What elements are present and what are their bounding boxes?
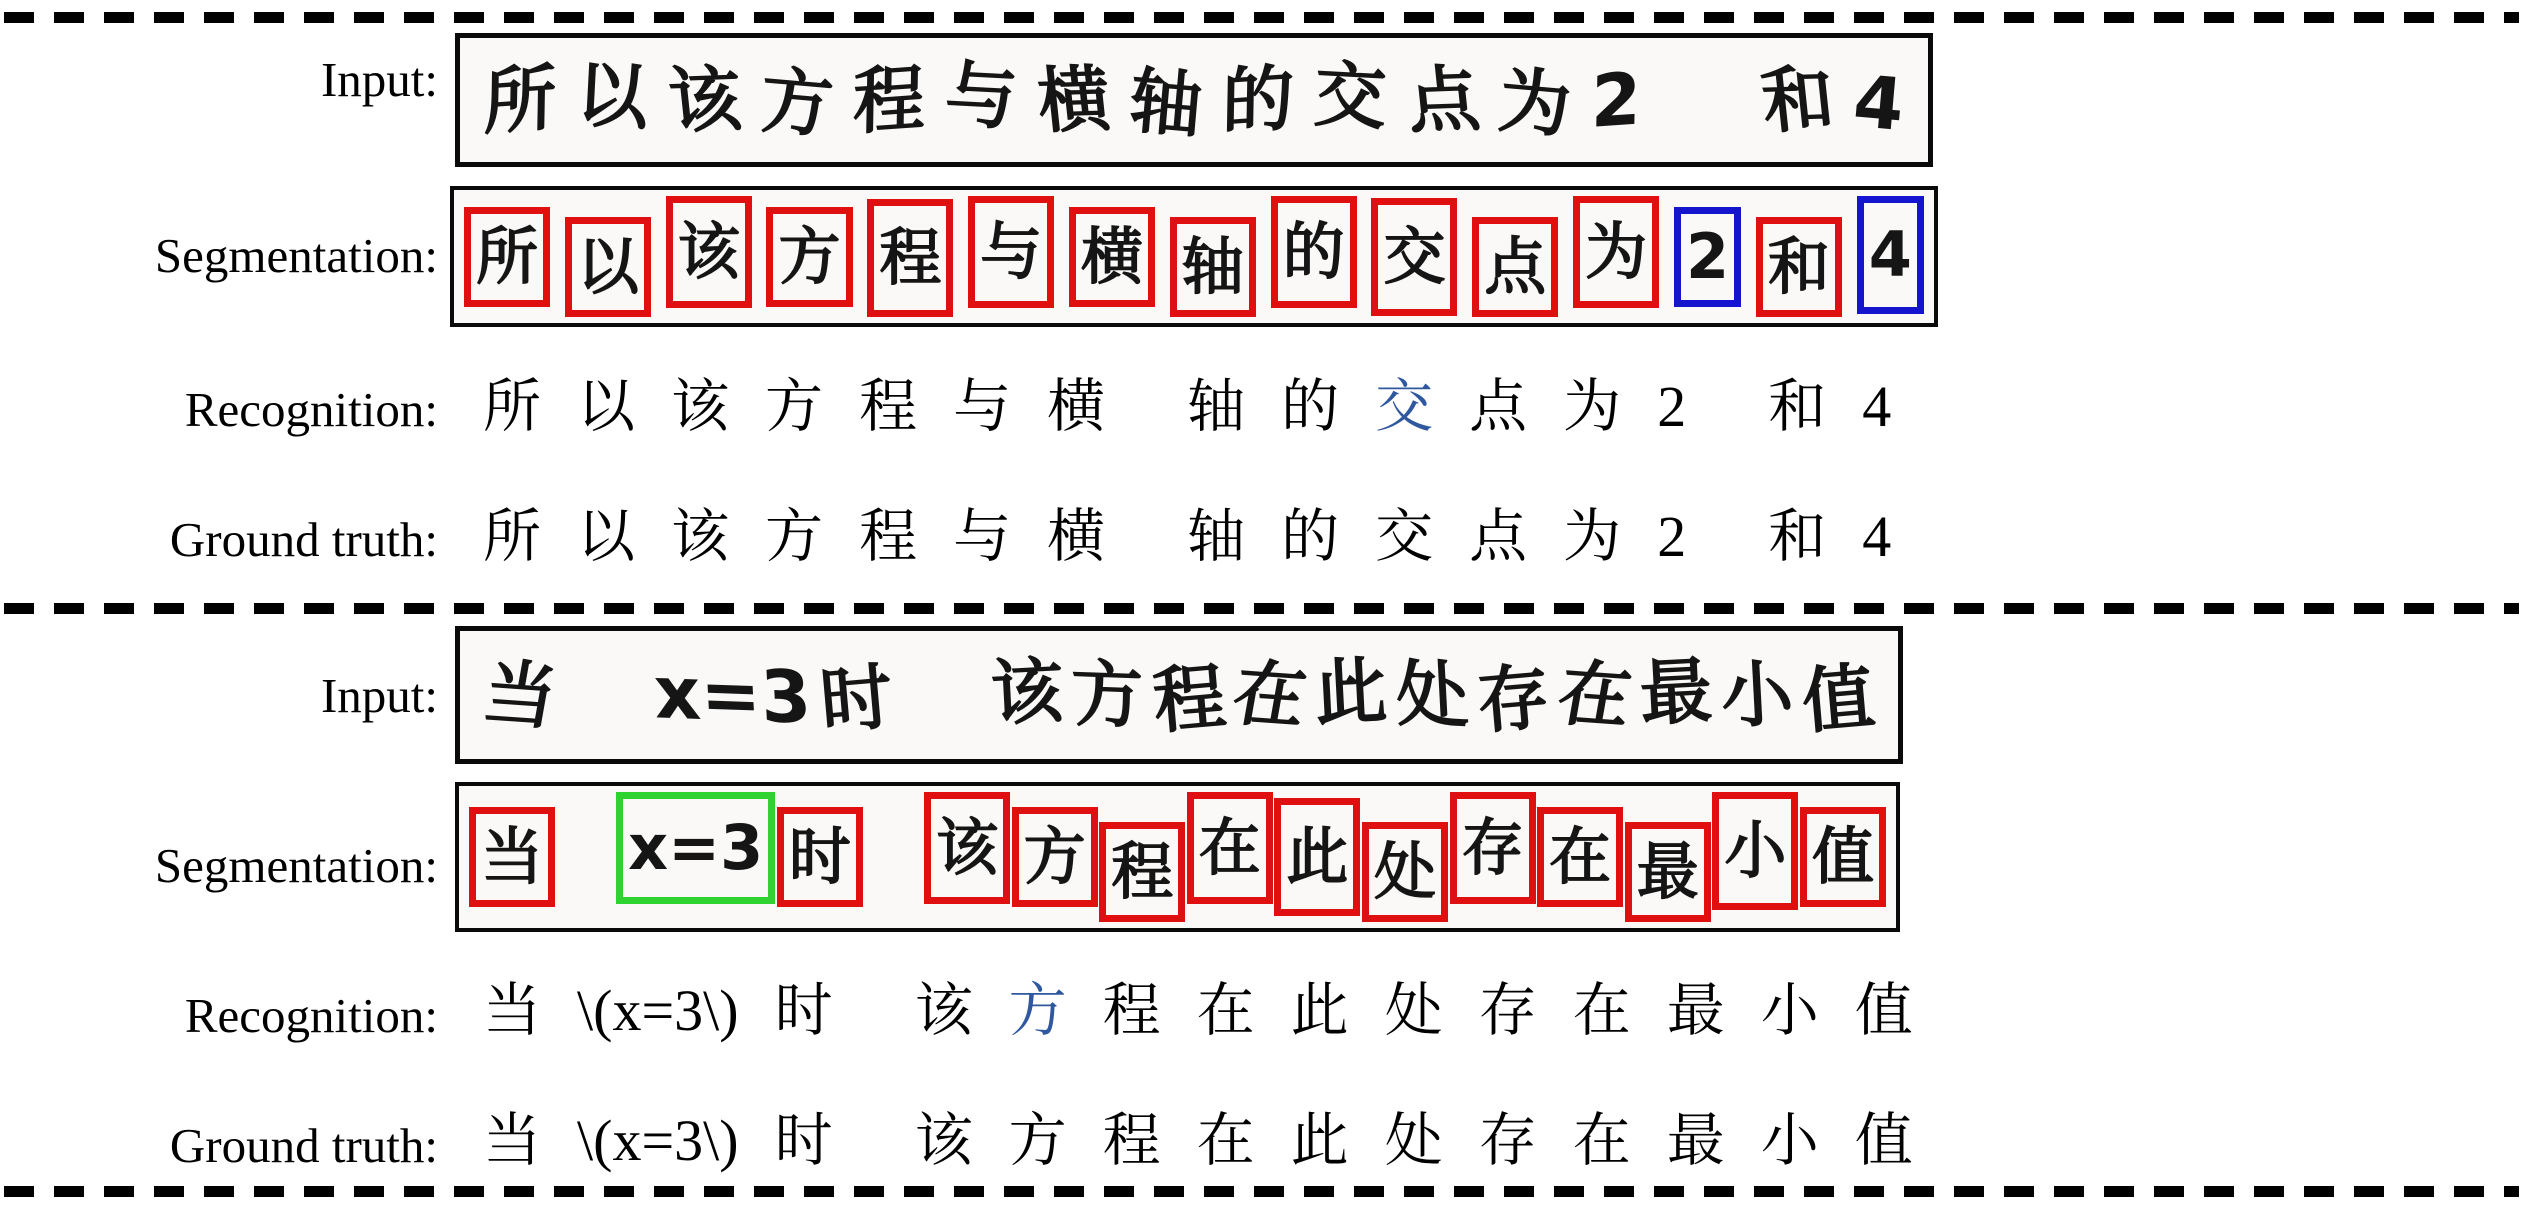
segmentation-box: 在	[1187, 792, 1273, 904]
ground-truth-label: Ground truth:	[0, 1116, 438, 1176]
ground-truth-char: 该	[915, 1100, 973, 1182]
segmentation-box: 点	[1472, 217, 1558, 317]
handwritten-char: 处	[1394, 658, 1470, 733]
ground-truth-char: 此	[1291, 1100, 1349, 1182]
handwritten-char: 4	[1851, 65, 1907, 141]
segmentation-box: 方	[766, 207, 852, 307]
handwritten-char: 在	[1552, 657, 1636, 733]
segmentation-box: 的	[1271, 196, 1357, 308]
segmentation-box: 在	[1537, 807, 1623, 907]
segmentation-box: x=3	[616, 792, 775, 904]
ground-truth-char: 在	[1197, 1100, 1255, 1182]
recognition-char: 轴	[1187, 366, 1245, 448]
recognition-char: 所	[483, 366, 541, 448]
recognition-char: 为	[1563, 366, 1621, 448]
input-image: 所以该方程与横轴的交点为2和4	[455, 33, 1933, 167]
ground-truth-char: 程	[1103, 1100, 1161, 1182]
recognition-char: 在	[1573, 970, 1631, 1052]
handwritten-char: 2	[1590, 62, 1641, 138]
handwritten-char: 程	[852, 61, 925, 138]
segmentation-box: 时	[777, 807, 863, 907]
ground-truth-char: 4	[1862, 496, 1891, 578]
handwritten-char: 所	[483, 61, 556, 138]
segmentation-box: 所	[464, 207, 550, 307]
handwritten-char: 程	[1150, 660, 1228, 738]
segmentation-box: 与	[968, 196, 1054, 308]
ground-truth-char: 当	[483, 1100, 541, 1182]
segmentation-box: 方	[1012, 807, 1098, 907]
segmentation-box: 程	[1099, 822, 1185, 922]
segmentation-box: 以	[565, 217, 651, 317]
ground-truth-char: 为	[1563, 496, 1621, 578]
ground-truth-char: 交	[1375, 496, 1433, 578]
recognition-char: 2	[1657, 366, 1686, 448]
segmentation-box: 横	[1069, 207, 1155, 307]
ground-truth-char: 所	[483, 496, 541, 578]
ground-truth-text: 当\(x=3\)时该方程在此处存在最小值	[483, 1100, 1949, 1182]
dashed-divider-top	[4, 12, 2519, 23]
ground-truth-char: 以	[577, 496, 635, 578]
segmentation-box: 和	[1756, 217, 1842, 317]
handwritten-char: 值	[1799, 660, 1877, 738]
ground-truth-char: 轴	[1187, 496, 1245, 578]
input-label: Input:	[0, 666, 438, 726]
recognition-char: 横	[1047, 366, 1105, 448]
segmentation-box: 处	[1362, 822, 1448, 922]
segmentation-box: 值	[1800, 807, 1886, 907]
recognition-char: 点	[1469, 366, 1527, 448]
segmentation-label: Segmentation:	[0, 836, 438, 896]
ground-truth-char: 和	[1768, 496, 1826, 578]
ground-truth-char: 点	[1469, 496, 1527, 578]
ground-truth-char: 横	[1047, 496, 1105, 578]
segmentation-box: 交	[1371, 198, 1457, 316]
recognition-char: 在	[1197, 970, 1255, 1052]
recognition-char: 程	[1103, 970, 1161, 1052]
ground-truth-char: 与	[953, 496, 1011, 578]
handwritten-char: 该	[665, 63, 745, 137]
recognition-text: 所以该方程与横轴的交点为2和4	[483, 366, 1927, 448]
segmentation-box: 最	[1625, 822, 1711, 922]
segmentation-box: 程	[867, 199, 953, 317]
ground-truth-char: 时	[775, 1100, 833, 1182]
recognition-char: 存	[1479, 970, 1537, 1052]
recognition-label: Recognition:	[0, 380, 438, 440]
segmentation-box: 4	[1857, 196, 1924, 314]
ground-truth-char: 处	[1385, 1100, 1443, 1182]
segmentation-box: 为	[1573, 196, 1659, 308]
recognition-char: 方	[765, 366, 823, 448]
gap	[864, 852, 922, 862]
segmentation-box: 轴	[1170, 217, 1256, 317]
dashed-divider-middle	[4, 603, 2519, 614]
handwritten-char: 横	[1034, 63, 1114, 137]
handwritten-char: x=3	[652, 656, 813, 734]
gap	[901, 690, 981, 700]
handwritten-char: 小	[1719, 658, 1795, 733]
handwritten-char: 存	[1475, 660, 1553, 738]
handwritten-char: 轴	[1126, 64, 1204, 142]
recognition-char: 程	[859, 366, 917, 448]
handwritten-char: 此	[1313, 654, 1389, 730]
segmentation-label: Segmentation:	[0, 226, 438, 286]
ground-truth-char: 2	[1657, 496, 1686, 578]
handwritten-char: 方	[1070, 658, 1146, 733]
handwritten-char: 与	[944, 58, 1020, 134]
recognition-char: 时	[775, 970, 833, 1052]
recognition-char: 当	[483, 970, 541, 1052]
handwritten-char: 时	[818, 660, 896, 738]
ground-truth-char: 程	[859, 496, 917, 578]
input-label: Input:	[0, 50, 438, 110]
segmentation-box: 小	[1712, 792, 1798, 910]
ground-truth-char: 的	[1281, 496, 1339, 578]
recognition-char: \(x=3\)	[577, 970, 739, 1052]
ground-truth-char: 方	[765, 496, 823, 578]
handwritten-char: 以	[575, 58, 651, 134]
recognition-char: 交	[1375, 366, 1433, 448]
handwritten-char: 最	[1638, 654, 1714, 730]
ground-truth-label: Ground truth:	[0, 510, 438, 570]
recognition-char: 和	[1768, 366, 1826, 448]
ground-truth-char: 方	[1009, 1100, 1067, 1182]
recognition-char: 的	[1281, 366, 1339, 448]
ground-truth-char: 在	[1573, 1100, 1631, 1182]
gap	[565, 690, 645, 700]
recognition-char: 最	[1667, 970, 1725, 1052]
ground-truth-char: 值	[1855, 1100, 1913, 1182]
handwritten-char: 的	[1221, 61, 1294, 138]
handwritten-char: 在	[1228, 657, 1312, 733]
recognition-char: 此	[1291, 970, 1349, 1052]
recognition-label: Recognition:	[0, 986, 438, 1046]
handwritten-char: 为	[1495, 64, 1573, 142]
segmentation-box: 当	[469, 807, 555, 907]
ground-truth-char: \(x=3\)	[577, 1100, 739, 1182]
recognition-char: 小	[1761, 970, 1819, 1052]
figure-handwriting-recognition: Input: 所以该方程与横轴的交点为2和4 Segmentation: 所以该…	[0, 0, 2523, 1218]
recognition-text: 当\(x=3\)时该方程在此处存在最小值	[483, 970, 1949, 1052]
handwritten-char: 该	[989, 654, 1065, 730]
ground-truth-char: 该	[671, 496, 729, 578]
handwritten-char: 方	[757, 64, 835, 142]
segmentation-box: 此	[1274, 798, 1360, 916]
recognition-char: 与	[953, 366, 1011, 448]
recognition-char: 值	[1855, 970, 1913, 1052]
ground-truth-char: 存	[1479, 1100, 1537, 1182]
input-image: 当x=3时该方程在此处存在最小值	[455, 626, 1903, 764]
recognition-char: 4	[1862, 366, 1891, 448]
segmentation-box: 2	[1674, 207, 1741, 307]
segmentation-box: 该	[666, 196, 752, 308]
segmentation-box: 存	[1450, 792, 1536, 904]
recognition-char: 方	[1009, 970, 1067, 1052]
gap	[1661, 95, 1741, 105]
recognition-char: 处	[1385, 970, 1443, 1052]
segmentation-image: 所以该方程与横轴的交点为2和4	[450, 186, 1938, 327]
recognition-char: 该	[671, 366, 729, 448]
gap	[557, 852, 615, 862]
segmentation-box: 该	[924, 792, 1010, 904]
handwritten-char: 当	[478, 657, 562, 733]
ground-truth-char: 最	[1667, 1100, 1725, 1182]
handwritten-char: 点	[1403, 63, 1483, 137]
ground-truth-char: 小	[1761, 1100, 1819, 1182]
handwritten-char: 和	[1758, 63, 1838, 137]
recognition-char: 以	[577, 366, 635, 448]
handwritten-char: 交	[1313, 58, 1389, 134]
ground-truth-text: 所以该方程与横轴的交点为2和4	[483, 496, 1927, 578]
recognition-char: 该	[915, 970, 973, 1052]
segmentation-image: 当x=3时该方程在此处存在最小值	[455, 782, 1900, 932]
dashed-divider-bottom	[4, 1186, 2519, 1197]
